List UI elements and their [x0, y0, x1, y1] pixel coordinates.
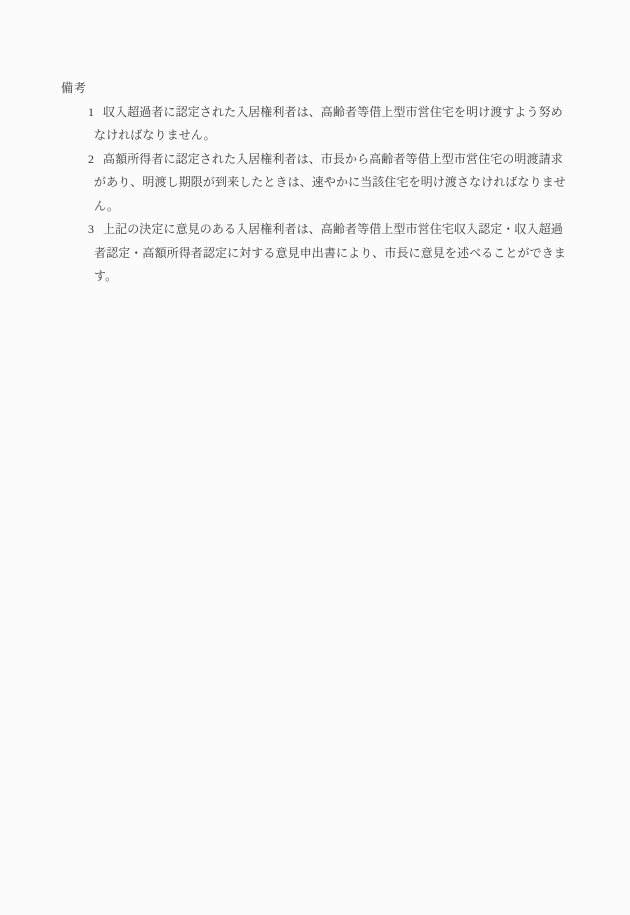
- remark-number: 1: [88, 101, 103, 125]
- remark-text: なければなりません。: [94, 128, 216, 142]
- remark-line: なければなりません。: [94, 124, 590, 148]
- remark-item-3: 3上記の決定に意見のある入居権利者は、高齢者等借上型市営住宅収入認定・収入超過 …: [94, 218, 590, 289]
- document-page: 備考 1収入超過者に認定された入居権利者は、高齢者等借上型市営住宅を明け渡すよう…: [0, 0, 630, 915]
- remark-line: 2高額所得者に認定された入居権利者は、市長から高齢者等借上型市営住宅の明渡請求: [94, 148, 590, 172]
- remark-text: 上記の決定に意見のある入居権利者は、高齢者等借上型市営住宅収入認定・収入超過: [103, 222, 563, 236]
- remark-item-2: 2高額所得者に認定された入居権利者は、市長から高齢者等借上型市営住宅の明渡請求 …: [94, 148, 590, 219]
- remark-line: 3上記の決定に意見のある入居権利者は、高齢者等借上型市営住宅収入認定・収入超過: [94, 218, 590, 242]
- remark-text: 高額所得者に認定された入居権利者は、市長から高齢者等借上型市営住宅の明渡請求: [103, 152, 563, 166]
- remarks-heading: 備考: [61, 77, 590, 101]
- remark-text: ん。: [94, 199, 119, 213]
- remark-line: 1収入超過者に認定された入居権利者は、高齢者等借上型市営住宅を明け渡すよう努め: [94, 101, 590, 125]
- remark-text: 収入超過者に認定された入居権利者は、高齢者等借上型市営住宅を明け渡すよう努め: [103, 105, 563, 119]
- remark-line: す。: [94, 265, 590, 289]
- remarks-section: 備考 1収入超過者に認定された入居権利者は、高齢者等借上型市営住宅を明け渡すよう…: [0, 0, 630, 289]
- remark-number: 2: [88, 148, 103, 172]
- remark-number: 3: [88, 218, 103, 242]
- remark-line: ん。: [94, 195, 590, 219]
- remark-text: があり、明渡し期限が到来したときは、速やかに当該住宅を明け渡さなければなりませ: [94, 175, 566, 189]
- remark-line: 者認定・高額所得者認定に対する意見申出書により、市長に意見を述べることができま: [94, 242, 590, 266]
- remark-line: があり、明渡し期限が到来したときは、速やかに当該住宅を明け渡さなければなりませ: [94, 171, 590, 195]
- remark-item-1: 1収入超過者に認定された入居権利者は、高齢者等借上型市営住宅を明け渡すよう努め …: [94, 101, 590, 148]
- remark-text: す。: [94, 269, 117, 283]
- remark-text: 者認定・高額所得者認定に対する意見申出書により、市長に意見を述べることができま: [94, 246, 566, 260]
